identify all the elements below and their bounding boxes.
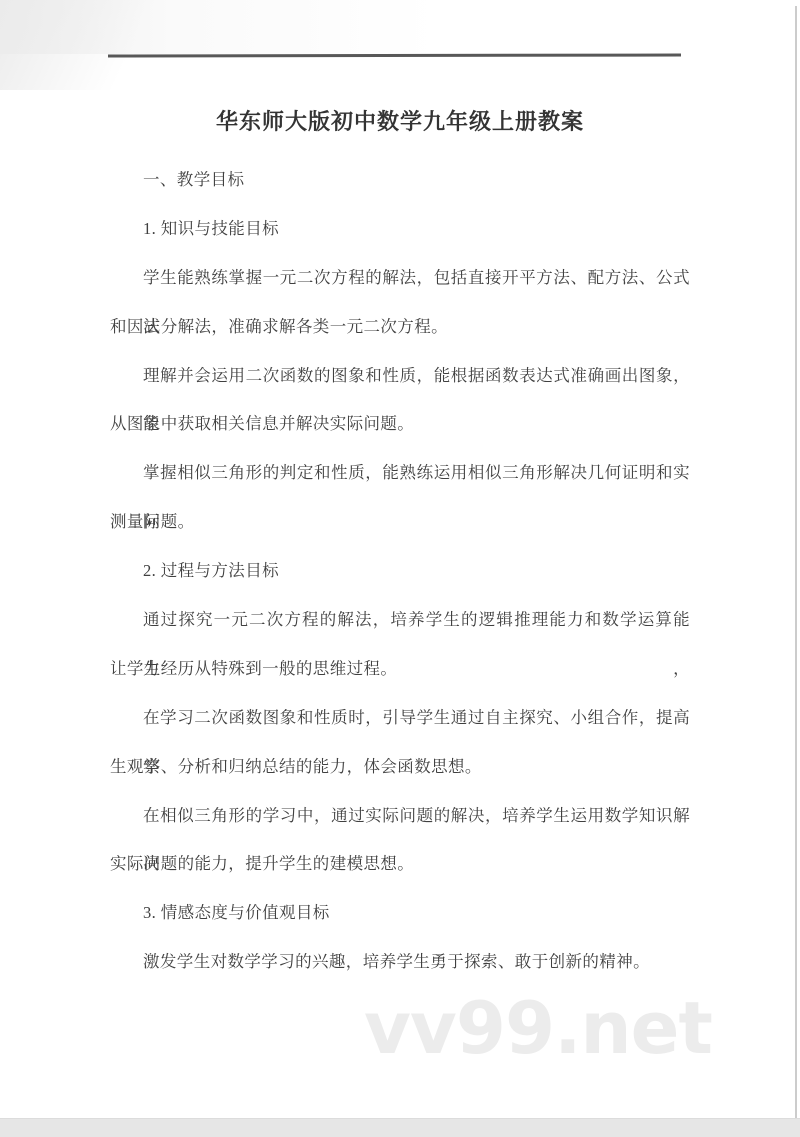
sub-heading-process-methods: 2. 过程与方法目标: [110, 547, 690, 596]
body-line: 和因式分解法，准确求解各类一元二次方程。: [110, 303, 690, 352]
site-watermark: vv99.net: [364, 986, 712, 1070]
document-page-view: { "document": { "title": "华东师大版初中数学九年级上册…: [0, 0, 800, 1137]
body-line: 通过探究一元二次方程的解法，培养学生的逻辑推理能力和数学运算能力，: [110, 596, 690, 645]
section-heading-teaching-goals: 一、教学目标: [110, 156, 690, 205]
body-line: 掌握相似三角形的判定和性质，能熟练运用相似三角形解决几何证明和实际: [110, 449, 690, 498]
body-line: 学生能熟练掌握一元二次方程的解法，包括直接开平方法、配方法、公式法: [110, 254, 690, 303]
sub-heading-knowledge-skills: 1. 知识与技能目标: [110, 205, 690, 254]
document-title: 华东师大版初中数学九年级上册教案: [0, 109, 800, 135]
sub-heading-emotion-values: 3. 情感态度与价值观目标: [110, 889, 690, 938]
document-body: 一、教学目标 1. 知识与技能目标 学生能熟练掌握一元二次方程的解法，包括直接开…: [110, 156, 690, 987]
body-line: 测量问题。: [110, 498, 690, 547]
scan-corner-shadow: [0, 0, 240, 90]
body-line: 理解并会运用二次函数的图象和性质，能根据函数表达式准确画出图象，能: [110, 352, 690, 401]
page-right-edge-line: [795, 6, 797, 1118]
body-line: 实际问题的能力，提升学生的建模思想。: [110, 840, 690, 889]
body-line: 激发学生对数学学习的兴趣，培养学生勇于探索、敢于创新的精神。: [110, 938, 690, 987]
page-top-edge-rule: [108, 53, 681, 57]
body-line: 生观察、分析和归纳总结的能力，体会函数思想。: [110, 743, 690, 792]
body-line: 在相似三角形的学习中，通过实际问题的解决，培养学生运用数学知识解决: [110, 792, 690, 841]
body-line: 从图象中获取相关信息并解决实际问题。: [110, 400, 690, 449]
body-line: 在学习二次函数图象和性质时，引导学生通过自主探究、小组合作，提高学: [110, 694, 690, 743]
page-bottom-strip: [0, 1118, 800, 1137]
